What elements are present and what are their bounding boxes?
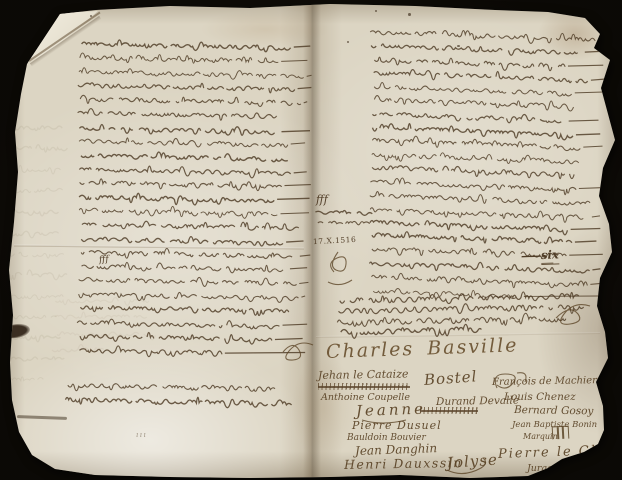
signature-bernard-gosoy: Bernard Gosoy xyxy=(514,404,594,417)
manuscript-spread: fff fff 17.X.1516 ııı ——six Charles Basv… xyxy=(0,0,622,480)
signature-pierre-le-clerc: Pierre le Clerc xyxy=(498,443,622,462)
signature-jurae: Jurae xyxy=(527,463,553,474)
signature-jehan-le-cataize: Jehan le Cataize xyxy=(318,367,409,382)
signature-charles-basville: Charles Basville xyxy=(326,334,519,363)
merchant-mark xyxy=(552,426,570,440)
struck-out-signature xyxy=(318,383,410,390)
signature-louis-chenez: Louis Chenez xyxy=(504,391,576,403)
struck-out-signature xyxy=(420,407,478,414)
signature-block: Charles BasvilleJehan le CataizeAnthoine… xyxy=(0,0,622,480)
signature-bostel: Bostel xyxy=(423,367,478,389)
signature-pierre-dusuel: Pierre Dusuel xyxy=(352,419,442,432)
signature-fran-ois-de-machier: François de Machier xyxy=(492,375,597,388)
signature-jeanne: Jeanne xyxy=(356,400,427,420)
signature-henri-dauxssin: Henri Dauxssin xyxy=(344,455,463,472)
scan-background: fff fff 17.X.1516 ııı ——six Charles Basv… xyxy=(0,0,622,480)
paper-sheet: fff fff 17.X.1516 ııı ——six Charles Basv… xyxy=(0,0,622,480)
signature-jolyse: Jolyse xyxy=(446,450,498,472)
